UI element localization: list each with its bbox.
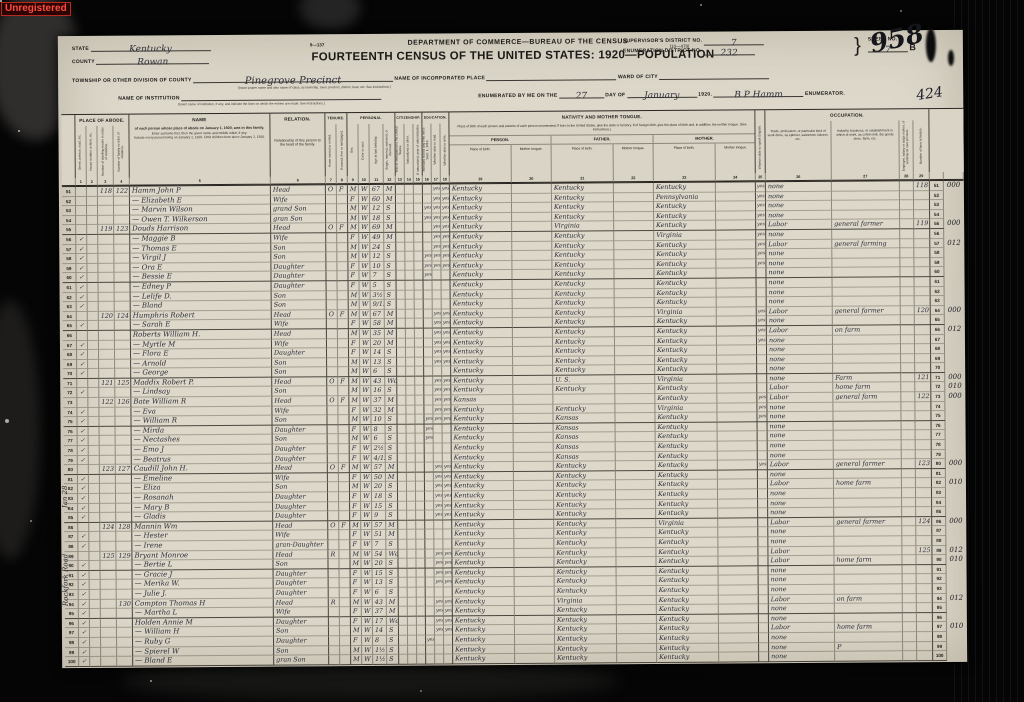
attended-school <box>425 444 434 454</box>
mother-mother-tongue <box>718 528 758 538</box>
house-number <box>89 436 100 446</box>
house-number <box>87 273 98 283</box>
able-to-read: yes <box>435 626 444 636</box>
relation: Son <box>273 559 328 569</box>
relation: Daughter <box>274 588 329 598</box>
immigration-year <box>397 357 406 367</box>
enum-district-value: 232 <box>720 48 737 58</box>
margin-annotation <box>945 411 965 421</box>
able-to-read: yes <box>433 348 442 358</box>
relation: Son <box>272 416 327 426</box>
occupation-industry <box>832 210 900 220</box>
relation: Head <box>273 464 328 474</box>
margin-annotation <box>947 651 967 661</box>
occupation-industry: on farm <box>835 594 903 604</box>
line-number-right: 54 <box>930 210 944 220</box>
age: 1½ <box>373 645 387 655</box>
line-number-left: 70 <box>63 369 77 379</box>
age: 13 <box>371 358 385 368</box>
dwelling-number <box>98 206 114 216</box>
father-mother-tongue <box>617 586 657 596</box>
mother-birthplace: Kentucky <box>656 422 718 432</box>
occupation-industry <box>832 200 900 210</box>
age: 12 <box>370 252 384 262</box>
attended-school <box>425 453 434 463</box>
farm-schedule-number: 118 <box>914 181 930 191</box>
able-to-write: yes <box>442 415 451 425</box>
naturalized <box>408 626 417 636</box>
house-number <box>87 216 98 226</box>
state-value: Kentucky <box>129 44 172 54</box>
house-number <box>90 638 101 648</box>
mother-subhead: MOTHER. <box>654 134 756 143</box>
mother-mother-tongue <box>717 326 757 336</box>
owned-free-mortgaged <box>340 598 351 608</box>
house-number <box>88 388 99 398</box>
father-birthplace: Kentucky <box>554 509 616 519</box>
marital-status: S <box>387 578 399 588</box>
line-number-right: 84 <box>932 498 946 508</box>
father-mother-tongue <box>616 509 656 519</box>
line-number-right: 91 <box>933 565 947 575</box>
line-number-right: 59 <box>930 258 944 268</box>
father-mother-tongue <box>615 317 655 327</box>
immigration-year <box>398 492 407 502</box>
line-number-right: 73 <box>931 392 945 402</box>
person-mother-tongue <box>515 596 555 606</box>
father-mother-tongue <box>615 375 655 385</box>
mother-birthplace: Kentucky <box>655 346 717 356</box>
occupation-industry: on farm <box>833 325 901 335</box>
color-label: Color or race. <box>362 124 366 176</box>
street-col-label: Street, avenue, road, etc. <box>79 126 83 178</box>
mother-birthplace: Kentucky <box>655 279 717 289</box>
worker-class <box>901 277 915 287</box>
able-to-read: yes <box>434 549 443 559</box>
street-check: ✓ <box>79 657 90 667</box>
speaks-english <box>758 508 768 518</box>
attended-school <box>424 396 433 406</box>
naturalization-year <box>416 549 425 559</box>
mother-birthplace: Kentucky <box>655 365 717 375</box>
immigration-year <box>397 386 406 396</box>
attended-school <box>424 319 433 329</box>
naturalized <box>407 540 416 550</box>
naturalized <box>405 242 414 252</box>
mother-birthplace: Kentucky <box>657 566 719 576</box>
mother-mother-tongue <box>716 201 756 211</box>
mother-birthplace: Kentucky <box>657 586 719 596</box>
street-check: ✓ <box>78 542 89 552</box>
father-mother-tongue <box>617 634 657 644</box>
house-number <box>88 283 99 293</box>
naturalization-year <box>414 261 423 271</box>
immigration-year <box>397 405 406 415</box>
farm-schedule-number <box>916 526 932 536</box>
worker-class <box>900 258 914 268</box>
father-birthplace: Kentucky <box>555 586 617 596</box>
dwelling-number <box>99 407 115 417</box>
dwelling-number <box>100 542 116 552</box>
family-number <box>115 283 131 293</box>
home-owned-rented <box>328 444 339 454</box>
naturalized <box>408 645 417 655</box>
sheet-label: Sheet No. <box>868 36 898 42</box>
line-number-left: 68 <box>63 350 77 360</box>
naturalized <box>406 348 415 358</box>
person-birthplace: Kentucky <box>451 318 513 328</box>
attended-school <box>423 223 432 233</box>
able-to-write <box>443 530 452 540</box>
attended-school <box>426 568 435 578</box>
line-number-right: 80 <box>932 459 946 469</box>
color-race: W <box>361 463 372 473</box>
owned-rented-label: Home owned or rented. <box>329 124 333 176</box>
home-owned-rented <box>327 339 338 349</box>
age: 10 <box>371 415 385 425</box>
worker-class <box>903 632 917 642</box>
unregistered-watermark: Unregistered <box>1 2 71 16</box>
mother-birthplace: Kentucky <box>657 643 719 653</box>
father-mother-tongue <box>615 404 655 414</box>
home-owned-rented <box>327 415 338 425</box>
house-number <box>88 340 99 350</box>
attended-school <box>424 376 433 386</box>
farm-schedule-number <box>915 287 931 297</box>
worker-class <box>900 191 914 201</box>
speaks-english <box>756 269 766 279</box>
naturalization-year <box>414 204 423 214</box>
family-number <box>114 206 130 216</box>
line-number-left: 74 <box>63 408 77 418</box>
mother-birthplace: Kentucky <box>654 259 716 269</box>
owned-free-mortgaged <box>337 233 348 243</box>
speaks-english <box>757 345 767 355</box>
naturalized <box>406 290 415 300</box>
father-birthplace: Kentucky <box>552 202 614 212</box>
family-number <box>117 657 133 667</box>
naturalized <box>407 453 416 463</box>
color-race: W <box>359 271 370 281</box>
line-number-right: 69 <box>931 354 945 364</box>
family-number <box>114 254 130 264</box>
father-mother-tongue <box>616 471 656 481</box>
occupation-industry <box>834 450 902 460</box>
father-mother-tongue <box>615 384 655 394</box>
mother-birthplace: Kentucky <box>656 470 718 480</box>
street-check: ✓ <box>79 571 90 581</box>
worker-class <box>900 229 914 239</box>
mother-birthplace: Pennsylvania <box>654 192 716 202</box>
enumerated-mid: day of <box>605 92 625 98</box>
column-number <box>944 172 964 180</box>
color-race: W <box>361 502 372 512</box>
occupation-industry: Farm <box>833 373 901 383</box>
family-number <box>115 321 131 331</box>
margin-annotation <box>944 190 964 200</box>
worker-class <box>901 354 915 364</box>
mother-birthplace: Kentucky <box>655 298 717 308</box>
attended-school <box>424 386 433 396</box>
dwelling-number <box>100 427 116 437</box>
person-mother-tongue <box>513 337 553 347</box>
house-number <box>90 599 101 609</box>
immigration-year <box>399 568 408 578</box>
margin-annotation: 012 <box>946 545 966 555</box>
sex: M <box>349 310 360 320</box>
attended-school <box>425 520 434 530</box>
farm-schedule-number: 124 <box>916 517 932 527</box>
state-label: State <box>72 46 89 52</box>
home-owned-rented: O <box>327 377 338 387</box>
father-birthplace: Kentucky <box>553 385 615 395</box>
sex: M <box>348 185 359 195</box>
worker-class <box>901 411 915 421</box>
mother-birthplace: Kentucky <box>656 547 718 557</box>
father-mother-tongue <box>616 519 656 529</box>
occupation-industry: P <box>835 642 903 652</box>
mother-mother-tongue <box>719 566 759 576</box>
relation: Son <box>272 291 327 301</box>
mother-mother-tongue <box>717 374 757 384</box>
street-check: ✓ <box>78 532 89 542</box>
father-mother-tongue <box>614 250 654 260</box>
margin-annotation: 000 <box>944 181 964 191</box>
mother-birthplace: Kentucky <box>656 509 718 519</box>
able-to-read: yes <box>434 491 443 501</box>
person-mother-tongue <box>515 615 555 625</box>
english-subhead: Whether able to speak English. <box>755 121 765 173</box>
sheet-value: 7 <box>885 45 891 55</box>
family-col-label: Number of family in order of visitation. <box>118 126 125 178</box>
owned-free-mortgaged <box>339 531 350 541</box>
speaks-english <box>758 556 768 566</box>
sex: F <box>351 588 362 598</box>
person-mother-tongue <box>513 356 553 366</box>
father-mother-tongue <box>615 279 655 289</box>
person-mother-tongue <box>512 260 552 270</box>
attended-school: yes <box>424 415 433 425</box>
home-owned-rented <box>327 348 338 358</box>
naturalization-year <box>414 185 423 195</box>
naturalized <box>407 425 416 435</box>
occupation-trade: Labor <box>768 556 834 566</box>
sex: M <box>349 367 360 377</box>
farm-schedule-number: 122 <box>915 392 931 402</box>
person-mother-tongue <box>512 203 552 213</box>
street-check: ✓ <box>79 609 90 619</box>
father-mother-tongue <box>615 327 655 337</box>
house-number <box>90 647 101 657</box>
margin-annotation <box>946 536 966 546</box>
farm-schedule-number <box>917 642 933 652</box>
father-mother-tongue <box>616 500 656 510</box>
color-race: W <box>359 262 370 272</box>
able-to-read <box>433 280 442 290</box>
sex: F <box>349 319 360 329</box>
color-race: W <box>361 540 372 550</box>
immigration-year <box>398 540 407 550</box>
person-birthplace: Kentucky <box>451 366 513 376</box>
family-number <box>114 263 130 273</box>
home-owned-rented <box>328 473 339 483</box>
worker-class <box>903 613 917 623</box>
mother-birthplace: Kentucky <box>657 653 719 663</box>
father-birthplace: Kentucky <box>552 250 614 260</box>
mother-mother-tongue <box>718 451 758 461</box>
age: 13 <box>373 578 387 588</box>
family-number <box>115 302 131 312</box>
house-number <box>89 561 100 571</box>
family-number <box>116 427 132 437</box>
father-mother-tongue <box>616 452 656 462</box>
farm-schedule-number <box>915 363 931 373</box>
column-number: 14 <box>405 176 414 184</box>
person-birthplace: Kentucky <box>452 433 514 443</box>
naturalized-label: Naturalized or alien. <box>407 124 411 176</box>
relation: Daughter <box>273 511 328 521</box>
speaks-english <box>757 355 767 365</box>
worker-class <box>902 431 916 441</box>
enumerated-year: 1920. <box>698 92 712 98</box>
color-race: W <box>359 185 370 195</box>
person-birthplace: Kentucky <box>452 424 514 434</box>
father-birthplace: Kentucky <box>555 567 617 577</box>
english-header-gap <box>755 110 765 121</box>
margin-annotation <box>946 526 966 536</box>
occupation-trade: none <box>769 652 835 662</box>
dwelling-number <box>100 561 116 571</box>
attended-school <box>424 300 433 310</box>
family-number <box>115 417 131 427</box>
color-race: W <box>361 425 372 435</box>
dwelling-number <box>99 292 115 302</box>
line-number-left: 79 <box>64 456 78 466</box>
person-mother-tongue <box>512 232 552 242</box>
line-number-left: 73 <box>63 398 77 408</box>
able-to-write <box>442 300 451 310</box>
worker-class <box>901 373 915 383</box>
line-number-left: 96 <box>65 619 79 629</box>
attended-school: yes <box>426 635 435 645</box>
immigration-year <box>397 329 406 339</box>
street-check: ✓ <box>77 321 88 331</box>
occupation-trade: Labor <box>767 306 833 316</box>
person-mother-tongue <box>513 299 553 309</box>
house-number <box>89 532 100 542</box>
able-to-read <box>435 655 444 665</box>
line-number-right: 94 <box>933 594 947 604</box>
home-owned-rented: O <box>327 310 338 320</box>
marital-status: S <box>386 492 398 502</box>
owned-free-mortgaged <box>337 243 348 253</box>
immigration-year <box>397 281 406 291</box>
naturalization-year <box>417 568 426 578</box>
mother-birthplace: Kentucky <box>656 480 718 490</box>
immigration-year <box>397 396 406 406</box>
relation: Son <box>271 243 326 253</box>
owned-free-mortgaged <box>338 339 349 349</box>
name-subhead: of each person whose place of abode on J… <box>129 125 270 178</box>
naturalized <box>408 655 417 665</box>
marital-status: Wd <box>385 377 397 387</box>
color-race: W <box>361 434 372 444</box>
father-tongue-label: Mother tongue. <box>614 144 654 174</box>
home-owned-rented <box>328 540 339 550</box>
home-owned-rented <box>326 252 337 262</box>
naturalization-year <box>417 607 426 617</box>
sex: M <box>349 387 360 397</box>
margin-annotation <box>947 603 967 613</box>
father-mother-tongue <box>614 260 654 270</box>
dwelling-number <box>98 196 114 206</box>
home-owned-rented: O <box>327 396 338 406</box>
line-number-right: 97 <box>933 622 947 632</box>
street-check: ✓ <box>77 388 88 398</box>
mother-mother-tongue <box>717 355 757 365</box>
marital-status: S <box>384 262 396 272</box>
naturalization-year <box>416 530 425 540</box>
line-number-left: 63 <box>63 302 77 312</box>
able-to-write <box>444 645 453 655</box>
immigration-year <box>399 607 408 617</box>
family-number <box>115 292 131 302</box>
immigration-year <box>398 453 407 463</box>
color-race: W <box>361 559 372 569</box>
owned-free-mortgaged <box>339 492 350 502</box>
line-number-right: 77 <box>932 430 946 440</box>
farm-schedule-number <box>917 632 933 642</box>
mother-mother-tongue <box>718 470 758 480</box>
line-number-col-head <box>929 120 943 172</box>
line-number-right: 82 <box>932 478 946 488</box>
house-number <box>89 456 100 466</box>
father-birthplace: Kentucky <box>553 318 615 328</box>
naturalized <box>408 568 417 578</box>
home-owned-rented <box>326 233 337 243</box>
able-to-read: yes <box>433 396 442 406</box>
brace-glyph: } <box>854 35 861 58</box>
column-number <box>930 172 944 180</box>
naturalized <box>408 597 417 607</box>
naturalized <box>406 367 415 377</box>
line-number-right: 100 <box>933 651 947 661</box>
house-number <box>90 590 101 600</box>
family-number <box>114 244 130 254</box>
sex: M <box>348 204 359 214</box>
worker-class <box>903 642 917 652</box>
mother-birthplace: Kentucky <box>656 432 718 442</box>
person-birthplace: Kentucky <box>452 510 514 520</box>
line-number-right: 53 <box>930 200 944 210</box>
farm-schedule-number <box>914 191 930 201</box>
occupation-subheads: Trade, profession, or particular kind of… <box>765 120 929 173</box>
attended-school <box>425 482 434 492</box>
street-check: ✓ <box>78 484 89 494</box>
father-birthplace: Kentucky <box>553 308 615 318</box>
able-to-write: yes <box>442 395 451 405</box>
family-number: 130 <box>117 599 133 609</box>
home-owned-rented <box>328 492 339 502</box>
occupation-trade: none <box>768 537 834 547</box>
age: 14 <box>373 626 387 636</box>
marital-label: Single, married, widowed, or divorced. <box>386 124 393 176</box>
farm-schedule-number <box>914 210 930 220</box>
naturalized <box>407 530 416 540</box>
relation: Wife <box>273 473 328 483</box>
relation: Daughter <box>274 569 329 579</box>
father-birthplace: Kentucky <box>554 481 616 491</box>
